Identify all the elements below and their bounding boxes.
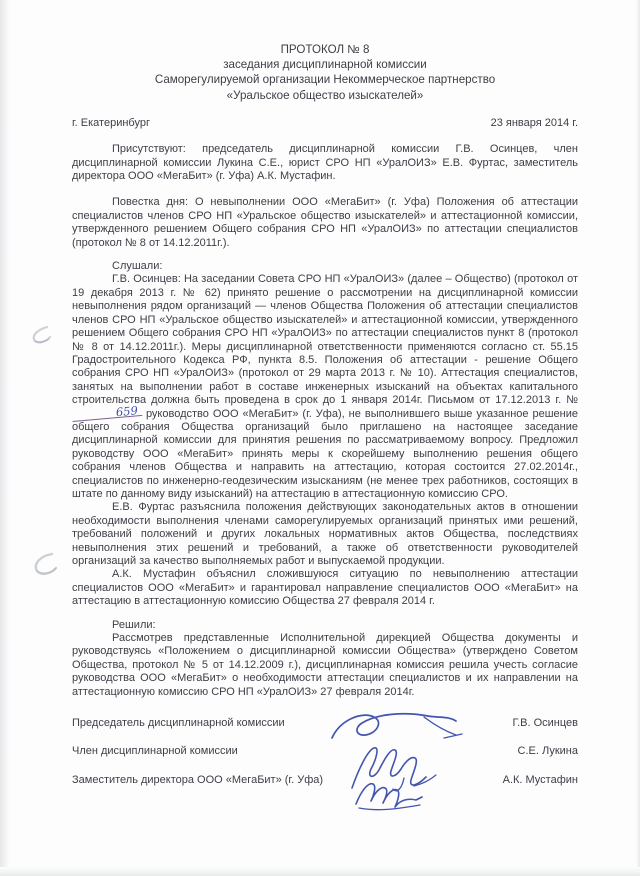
document-place: г. Екатеринбург [72, 117, 150, 130]
signature-row-member: Член дисциплинарной комиссии С.Е. Лукина [72, 745, 578, 758]
signature-name-lukina: С.Е. Лукина [518, 745, 578, 758]
heard-label: Слушали: [72, 260, 578, 273]
document-content: ПРОТОКОЛ № 8 заседания дисциплинарной ко… [72, 42, 578, 787]
signature-row-deputy: Заместитель директора ООО «МегаБит» (г. … [72, 774, 578, 787]
heard-paragraph: Г.В. Осинцев: На заседании Совета СРО НП… [72, 273, 578, 501]
signature-block: Председатель дисциплинарной комиссии Г.В… [72, 717, 578, 787]
scanned-document-page: ПРОТОКОЛ № 8 заседания дисциплинарной ко… [0, 0, 640, 876]
heard-text-before-number: Г.В. Осинцев: На заседании Совета СРО НП… [72, 273, 578, 406]
title-line-organization: Саморегулируемой организации Некоммерчес… [72, 72, 578, 87]
agenda-paragraph: Повестка дня: О невыполнении ООО «МегаБи… [72, 196, 578, 250]
document-date: 23 января 2014 г. [491, 117, 578, 130]
resolved-paragraph: Рассмотрев представленные Исполнительной… [72, 632, 578, 699]
attendees-paragraph: Присутствуют: председатель дисциплинарно… [72, 143, 578, 183]
signature-name-mustafin: А.К. Мустафин [503, 774, 578, 787]
resolved-label: Решили: [72, 619, 578, 632]
scan-artifact-crescent-top [26, 324, 52, 346]
heard-text-after-number: руководство ООО «МегаБит» (г. Уфа), не в… [72, 408, 578, 500]
scan-edge-right [636, 0, 640, 876]
title-line-meeting: заседания дисциплинарной комиссии [72, 57, 578, 72]
signature-row-chairman: Председатель дисциплинарной комиссии Г.В… [72, 717, 578, 730]
document-title-block: ПРОТОКОЛ № 8 заседания дисциплинарной ко… [72, 42, 578, 103]
scan-edge-left [0, 0, 10, 876]
signature-role-member: Член дисциплинарной комиссии [72, 745, 238, 758]
mustafin-paragraph: А.К. Мустафин объяснил сложившуюся ситуа… [72, 568, 578, 608]
title-line-society: «Уральское общество изыскателей» [72, 88, 578, 103]
scan-edge-bottom [0, 867, 640, 876]
signature-role-deputy: Заместитель директора ООО «МегаБит» (г. … [72, 774, 323, 787]
scan-artifact-crescent-bottom [28, 550, 58, 578]
signature-name-osintsev: Г.В. Осинцев [512, 717, 578, 730]
handwritten-outgoing-number: 659 [72, 405, 143, 422]
furtas-paragraph: Е.В. Фуртас разъяснила положения действу… [72, 501, 578, 568]
title-line-protocol: ПРОТОКОЛ № 8 [72, 42, 578, 57]
place-date-row: г. Екатеринбург 23 января 2014 г. [72, 117, 578, 130]
signature-role-chairman: Председатель дисциплинарной комиссии [72, 717, 285, 730]
